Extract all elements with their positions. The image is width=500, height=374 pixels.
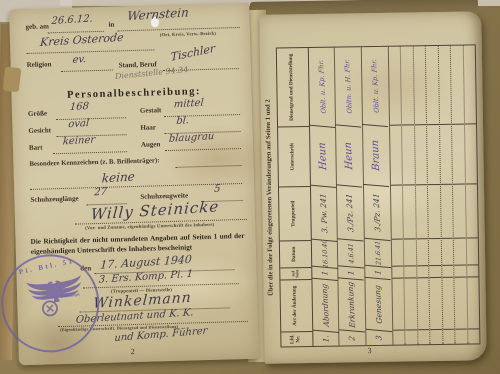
dotted-line [53, 150, 127, 154]
field-label-gesicht: Gesicht [28, 126, 51, 135]
field-value-bart: keiner [62, 134, 95, 147]
cell-dienstgrad: Oblt. u. Kp. Fhr. [360, 46, 390, 126]
page-number-2: 2 [131, 347, 135, 356]
born-on-value: 26.6.12. [51, 13, 93, 27]
shoe-width-value: 5 [214, 183, 221, 194]
cell-unterschrift: Heun [308, 125, 337, 187]
photo-of-soldbuch: { "left_page": { "born": { "label": "geb… [0, 0, 500, 374]
cell-lfd-nr: 1. [312, 330, 339, 347]
paper-tear [3, 67, 22, 93]
col-header-truppenteil: Truppenteil [279, 186, 310, 240]
cell-datum: 16.10.40 [311, 239, 338, 268]
religion-label: Religion [27, 60, 52, 69]
cell-dienstgrad: Obltn. u. H. Fhr. [334, 46, 364, 126]
cell-datum: 4.6.41 [338, 238, 365, 267]
born-in-label: in [108, 20, 114, 28]
birthplace-caption: (Ort, Kreis, Verw.-Bezirk) [160, 31, 216, 38]
cell-unterschrift: Heun [335, 124, 364, 186]
eagle-emblem-icon [7, 272, 90, 324]
cell-art-der-aenderung: Abordnung [311, 278, 340, 332]
cell-auf-seite: 1 [311, 266, 338, 280]
field-label-gestalt: Gestalt [140, 106, 162, 115]
dotted-line [164, 113, 240, 117]
col-header-auf-seite: auf Seite [280, 267, 311, 279]
field-label-haar: Haar [140, 123, 156, 131]
dotted-line [165, 147, 241, 151]
birth-district-value: Kreis Osterode [40, 31, 125, 49]
cell-art-der-aenderung: Genesung [365, 277, 394, 331]
field-label-bart: Bart [29, 144, 43, 152]
shoe-length-value: 27 [94, 186, 108, 198]
col-header-lfd-nr: Lfd. Nr. [281, 331, 312, 346]
dotted-line [56, 116, 126, 120]
dotted-line [26, 48, 154, 54]
dotted-line [61, 69, 113, 72]
col-header-datum: Datum [280, 240, 311, 267]
col-header-unterschrift: Unterschrift [278, 126, 309, 186]
field-value-gestalt: mittel [173, 97, 204, 110]
cell-truppenteil: 3./Pz. 241 [363, 184, 392, 240]
cell-auf-seite: 1 [365, 265, 392, 279]
religion-value: ev. [72, 54, 86, 66]
cell-lfd-nr: 2 [339, 329, 366, 346]
certification-text: Die Richtigkeit der nicht umrandeten Ang… [30, 231, 244, 257]
birthplace-value: Wernstein [127, 5, 190, 23]
field-value-gesicht: oval [68, 118, 90, 130]
cell-truppenteil: 3. Pw. 241 [309, 185, 338, 241]
cell-lfd-nr: 3 [366, 329, 393, 346]
field-label-augen: Augen [141, 140, 161, 149]
cell-art-der-aenderung: Erkrankung [338, 277, 367, 331]
special-marks-label: Besondere Kennzeichen (z. B. Brillenträg… [29, 157, 159, 168]
page-number-3: 3 [367, 346, 371, 355]
page-3-veraenderungen: Über die in der Folge eingetretenen Verä… [259, 11, 486, 363]
field-value-haar: bl. [176, 115, 190, 127]
special-marks-value: keine [101, 169, 135, 185]
field-value-augen: blaugrau [168, 131, 214, 145]
cell-dienstgrad: Oblt. u. Kp. Fhr. [307, 47, 337, 127]
occupation-value: Tischler [171, 42, 215, 64]
table-header-row: Lfd. Nr. Art der Änderung auf Seite Datu… [277, 48, 313, 346]
born-on-label: geb. am [25, 22, 49, 31]
field-value-groesse: 168 [69, 101, 89, 113]
dotted-line [118, 26, 240, 31]
cell-datum: 21.6.41 [364, 238, 391, 267]
cell-unterschrift: Braun [362, 124, 391, 186]
dotted-line [30, 182, 242, 190]
dotted-line [176, 164, 242, 168]
col-header-dienstgrad: Dienstgrad und Dienststellung [277, 48, 309, 126]
rotated-table-area: Über die in der Folge eingetretenen Verä… [264, 44, 481, 347]
field-label-groesse: Größe [28, 109, 47, 118]
veraenderungen-table: Lfd. Nr. Art der Änderung auf Seite Datu… [276, 44, 481, 347]
page-2-personalbeschreibung: geb. am 26.6.12. in Wernstein (Ort, Krei… [9, 3, 259, 366]
shoe-length-label: Schuhzeuglänge [30, 195, 78, 204]
cell-auf-seite: 1 [338, 265, 365, 279]
col-header-art-der-aenderung: Art der Änderung [280, 279, 311, 331]
cell-truppenteil: 3./Pz. 241 [336, 184, 365, 240]
